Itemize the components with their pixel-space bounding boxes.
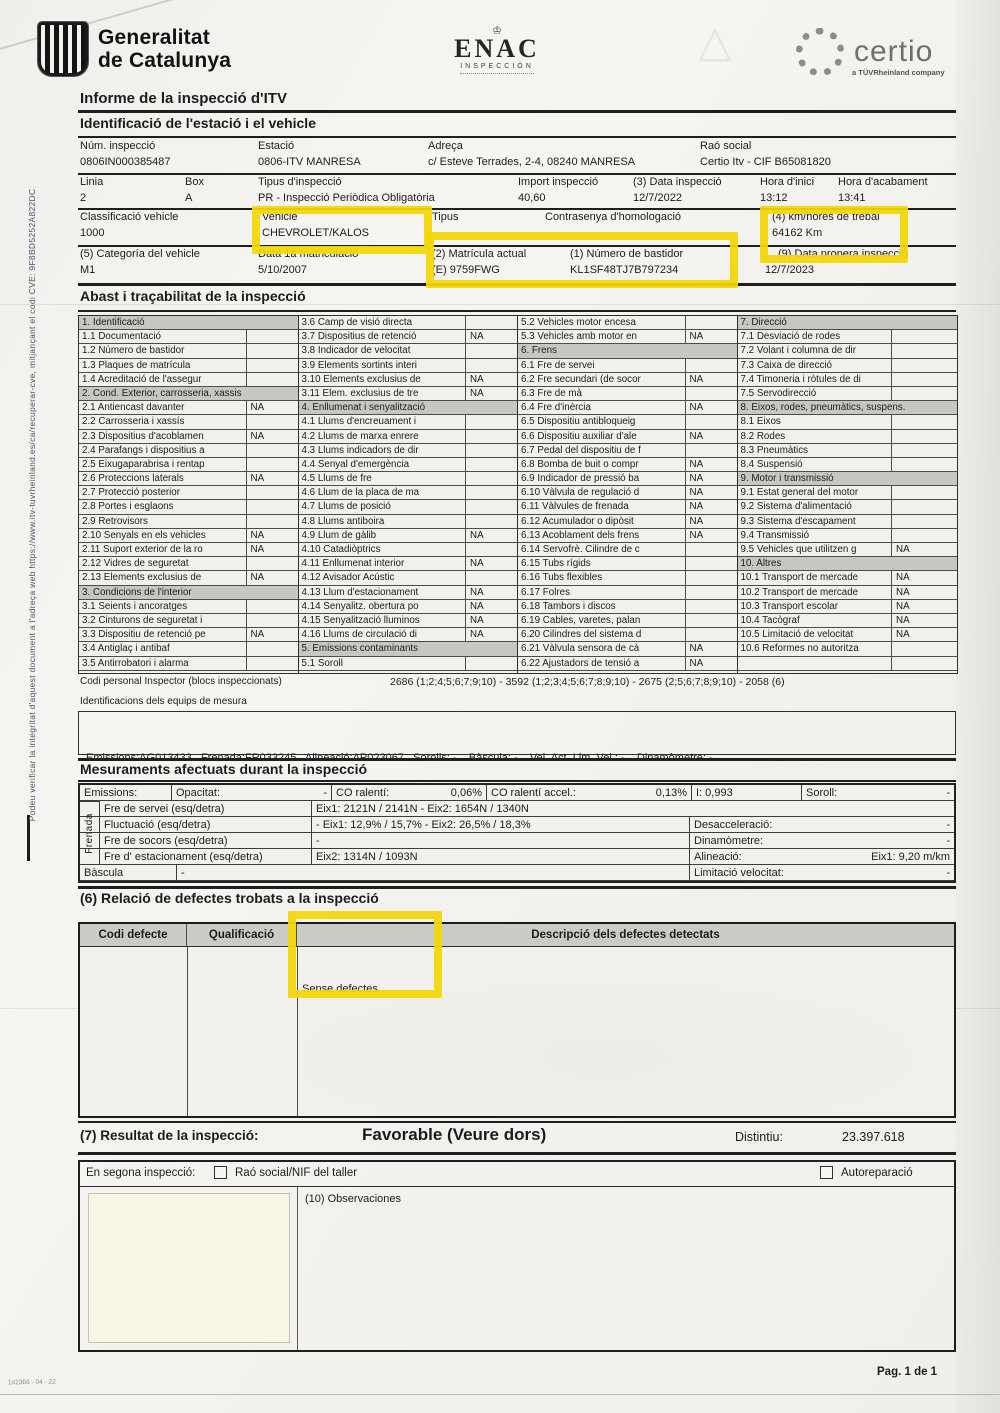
inspection-item-status: NA xyxy=(891,614,957,627)
inspection-item-status: NA xyxy=(685,458,737,471)
inspection-item-status xyxy=(891,359,957,372)
inspection-item-label: 1.4 Acreditació de l'assegur xyxy=(79,373,246,386)
inspection-item-status xyxy=(685,387,737,400)
inspection-item: 6.14 Servofrè. Cilindre de c xyxy=(518,543,737,557)
inspection-item: 8.2 Rodes xyxy=(738,430,958,444)
inspection-item: 5.2 Vehicles motor encesa xyxy=(518,316,737,330)
inspection-item-label: 6.12 Acumulador o dipòsit xyxy=(518,515,685,528)
inspection-item-status: NA xyxy=(891,628,957,641)
inspection-item-label: 6.22 Ajustadors de tensió a xyxy=(518,657,685,670)
inspection-section-header: 2. Cond. Exterior, carrosseria, xassis xyxy=(79,387,298,401)
inspection-item-status xyxy=(465,415,517,428)
inspection-item: 3.2 Cinturons de seguretat i xyxy=(79,614,298,628)
inspection-section-header: 5. Emissions contaminants xyxy=(299,642,518,656)
inspection-item-label: 2.5 Eixugaparabrisa i rentap xyxy=(79,458,246,471)
inspection-item-label: 2.11 Suport exterior de la ro xyxy=(79,543,246,556)
inspection-item: 2.4 Parafangs i dispositius a xyxy=(79,444,298,458)
inspection-item: 9.2 Sistema d'alimentació xyxy=(738,500,958,514)
inspection-item-label: 8.3 Pneumàtics xyxy=(738,444,892,457)
inspection-item-label: 6.2 Fre secundari (de socor xyxy=(518,373,685,386)
highlight-box-matricula-bastidor xyxy=(426,232,738,288)
certio-name: certio xyxy=(854,35,933,69)
inspection-item-status xyxy=(685,628,737,641)
measurement-row-fre-socors: Fre de socors (esq/detra) - Dinamòmetre:… xyxy=(80,833,954,849)
inspection-item-label: 6.17 Folres xyxy=(518,586,685,599)
inspection-item-label: 1.1 Documentació xyxy=(79,330,246,343)
inspection-item-status xyxy=(685,614,737,627)
result-label: (7) Resultat de la inspecció: xyxy=(80,1128,259,1143)
field-categoria: (5) Categoría del vehicle M1 xyxy=(80,248,200,277)
inspection-item-label: 2.13 Elements exclusius de xyxy=(79,571,246,584)
inspection-item-status: NA xyxy=(465,628,517,641)
inspection-item-label: 4.9 Llum de gàlib xyxy=(299,529,466,542)
inspection-item-status xyxy=(891,373,957,386)
enac-logo: ♔ ENAC INSPECCIÓN xyxy=(437,26,557,76)
section-heading-identificacio: Identificació de l'estació i el vehicle xyxy=(80,115,316,131)
fre-socors-value: - xyxy=(312,833,690,848)
inspection-item-status xyxy=(246,557,298,570)
segona-inspeccio-label: En segona inspecció: xyxy=(86,1167,195,1179)
inspection-item-status xyxy=(685,543,737,556)
inspection-item-status: NA xyxy=(465,614,517,627)
observations-area: (10) Observaciones xyxy=(80,1187,954,1350)
inspection-item-label: 2.3 Dispositius d'acoblamen xyxy=(79,430,246,443)
inspector-code-label: Codi personal Inspector (blocs inspeccio… xyxy=(80,676,282,687)
inspection-item-label: 5.1 Soroll xyxy=(299,657,466,670)
inspection-item: 6.20 Cilindres del sistema d xyxy=(518,628,737,642)
soroll-label: Soroll: xyxy=(806,787,837,799)
inspection-item-label: 6.10 Vàlvula de regulació d xyxy=(518,486,685,499)
inspection-item: 6.17 Folres xyxy=(518,586,737,600)
inspection-item-status xyxy=(246,657,298,670)
inspection-section-header: 10. Altres xyxy=(738,557,958,571)
opacitat-label: Opacitat: xyxy=(176,787,220,799)
inspection-item: 3.6 Camp de visió directa xyxy=(299,316,518,330)
inspection-item-label: 7.5 Servodirecció xyxy=(738,387,892,400)
inspection-item: 6.13 Acoblament dels frensNA xyxy=(518,529,737,543)
inspection-item-label: 10.6 Reformes no autoritza xyxy=(738,642,892,655)
inspection-item-status xyxy=(465,316,517,329)
inspection-item: 6.16 Tubs flexibles xyxy=(518,571,737,585)
inspection-item-status xyxy=(891,458,957,471)
distintiu-value: 23.397.618 xyxy=(842,1130,905,1144)
inspection-item-status xyxy=(891,444,957,457)
inspection-item-status: NA xyxy=(685,330,737,343)
inspection-item: 10.5 Limitació de velocitatNA xyxy=(738,628,958,642)
inspection-item-status xyxy=(891,344,957,357)
inspection-item-label: 9.4 Transmissió xyxy=(738,529,892,542)
inspection-item-status xyxy=(891,387,957,400)
inspection-item-label: 6.11 Vàlvules de frenada xyxy=(518,500,685,513)
inspection-item-label: 4.14 Senyalitz. obertura po xyxy=(299,600,466,613)
inspection-item-status xyxy=(465,430,517,443)
inspection-item: 3.5 Antirrobatori i alarma xyxy=(79,657,298,671)
inspection-section-header: 1. Identificació xyxy=(79,316,298,330)
inspection-item-status xyxy=(246,458,298,471)
inspection-item: 2.12 Vidres de seguretat xyxy=(79,557,298,571)
generalitat-logo: Generalitat de Catalunya xyxy=(38,22,231,76)
inspection-item: 4.6 Llum de la placa de ma xyxy=(299,486,518,500)
inspection-item: 2.10 Senyals en els vehiclesNA xyxy=(79,529,298,543)
result-value: Favorable (Veure dors) xyxy=(362,1125,546,1145)
inspector-code-value: 2686 (1;2;4;5;6;7;9;10) - 3592 (1;2;3;4;… xyxy=(390,676,785,688)
inspection-item-status xyxy=(891,430,957,443)
inspection-item-status: NA xyxy=(465,586,517,599)
scanned-itv-report-page: △ Generalitat de Catalunya ♔ ENAC INSPEC… xyxy=(0,0,1000,1413)
inspection-item-status: NA xyxy=(685,642,737,655)
bascula-value: - xyxy=(177,865,690,880)
inspection-item-status xyxy=(891,642,957,655)
section-heading-mesuraments: Mesuraments afectuats durant la inspecci… xyxy=(80,761,367,777)
field-num-inspeccio: Núm. inspecció 0806IN000385487 xyxy=(80,140,171,169)
field-linia: Linia 2 xyxy=(80,176,103,205)
inspection-item-status: NA xyxy=(685,657,737,670)
inspection-item-status xyxy=(891,415,957,428)
fre-estacionament-value: Eix2: 1314N / 1093N xyxy=(312,849,690,864)
inspection-item: 10.3 Transport escolarNA xyxy=(738,600,958,614)
inspection-item-status xyxy=(465,543,517,556)
inspection-item-label: 7.1 Desviació de rodes xyxy=(738,330,892,343)
inspection-item: 1.3 Plaques de matrícula xyxy=(79,359,298,373)
inspection-item-label: 4.11 Enllumenat interior xyxy=(299,557,466,570)
inspection-item: 4.14 Senyalitz. obertura poNA xyxy=(299,600,518,614)
inspection-item-label: 5.2 Vehicles motor encesa xyxy=(518,316,685,329)
inspection-item-status xyxy=(685,316,737,329)
inspection-item-status xyxy=(246,330,298,343)
inspection-item-label: 10.3 Transport escolar xyxy=(738,600,892,613)
defects-body: Sense defectes. xyxy=(80,947,954,1116)
inspection-item-label: 2.7 Protecció posterior xyxy=(79,486,246,499)
inspection-item: 3.1 Seients i ancoratges xyxy=(79,600,298,614)
inspection-item-label: 6.8 Bomba de buit o compr xyxy=(518,458,685,471)
inspection-item-status xyxy=(891,657,957,670)
inspection-item: 10.1 Transport de mercadeNA xyxy=(738,571,958,585)
field-tipus-inspeccio: Tipus d'inspecció PR - Inspecció Periòdi… xyxy=(258,176,435,205)
inspection-item: 4.16 Llums de circulació diNA xyxy=(299,628,518,642)
inspection-item-status: NA xyxy=(465,373,517,386)
emissions-label: Emissions: xyxy=(80,785,172,800)
inspection-item: 4.10 Catadiòptrics xyxy=(299,543,518,557)
inspection-item-status xyxy=(685,571,737,584)
inspection-item-status xyxy=(685,444,737,457)
inspection-column-4: 7. Direcció7.1 Desviació de rodes7.2 Vol… xyxy=(738,316,958,673)
inspection-item-label: 3.7 Dispositius de retenció xyxy=(299,330,466,343)
inspection-item-status xyxy=(246,359,298,372)
inspection-item-label: 6.15 Tubs rígids xyxy=(518,557,685,570)
inspection-item-label: 6.21 Vàlvula sensora de cà xyxy=(518,642,685,655)
inspection-item: 2.7 Protecció posterior xyxy=(79,486,298,500)
inspection-item-label: 3.11 Elem. exclusius de tre xyxy=(299,387,466,400)
divider xyxy=(78,780,956,782)
inspection-item-status: NA xyxy=(685,373,737,386)
inspection-item-label: 4.16 Llums de circulació di xyxy=(299,628,466,641)
inspection-item: 2.9 Retrovisors xyxy=(79,515,298,529)
inspection-item-label: 4.13 Llum d'estacionament xyxy=(299,586,466,599)
inspection-item-status xyxy=(891,486,957,499)
inspection-item-status xyxy=(246,373,298,386)
inspection-item-label: 2.6 Proteccions laterals xyxy=(79,472,246,485)
form-code: 142366 - 04 - 22 xyxy=(8,1379,56,1387)
limitacio-value: - xyxy=(946,867,950,879)
inspection-item: 3.8 Indicador de velocitat xyxy=(299,344,518,358)
inspection-column-3: 5.2 Vehicles motor encesa5.3 Vehicles am… xyxy=(518,316,738,673)
measurement-row-emissions: Emissions: Opacitat: - CO ralentí: 0,06%… xyxy=(80,785,954,801)
inspection-section-header: 9. Motor i transmissió xyxy=(738,472,958,486)
fre-servei-label: Fre de servei (esq/detra) xyxy=(100,801,312,816)
inspection-item-label: 4.5 Llums de fre xyxy=(299,472,466,485)
inspection-item-status: NA xyxy=(685,500,737,513)
inspection-item: 3.10 Elements exclusius deNA xyxy=(299,373,518,387)
inspection-table: 1. Identificació1.1 Documentació1.2 Núme… xyxy=(78,315,958,674)
inspection-section-header: 8. Eixos, rodes, pneumàtics, suspens. xyxy=(738,401,958,415)
inspection-item-label: 1.2 Número de bastidor xyxy=(79,344,246,357)
lambda-value: I: 0,993 xyxy=(692,785,802,800)
inspection-item-label: 7.3 Caixa de direcció xyxy=(738,359,892,372)
field-rao-social: Raó social Certio Itv - CIF B65081820 xyxy=(700,140,831,169)
inspection-item-label: 3.6 Camp de visió directa xyxy=(299,316,466,329)
inspection-item: 9.4 Transmissió xyxy=(738,529,958,543)
inspection-item-label: 3.9 Elements sortints interi xyxy=(299,359,466,372)
inspection-item-label: 9.2 Sistema d'alimentació xyxy=(738,500,892,513)
inspection-item: 7.2 Volant i columna de dir xyxy=(738,344,958,358)
inspection-item: 8.4 Suspensió xyxy=(738,458,958,472)
inspection-item-label: 10.5 Limitació de velocitat xyxy=(738,628,892,641)
scan-edge-shadow xyxy=(956,0,1000,1413)
inspection-item-label: 2.8 Portes i esglaons xyxy=(79,500,246,513)
inspection-section-header: 3. Condicions de l'interior xyxy=(79,586,298,600)
inspection-item: 4.9 Llum de gàlibNA xyxy=(299,529,518,543)
inspection-item: 5.3 Vehicles amb motor enNA xyxy=(518,330,737,344)
inspection-item-label: 2.10 Senyals en els vehicles xyxy=(79,529,246,542)
defects-header-row: Codi defecte Qualificació Descripció del… xyxy=(80,924,954,947)
inspection-item-label: 4.3 Llums indicadors de dir xyxy=(299,444,466,457)
field-contrasenya: Contrasenya d'homologació xyxy=(545,211,681,227)
certio-ring-icon xyxy=(796,28,844,76)
inspection-item-label: 3.1 Seients i ancoratges xyxy=(79,600,246,613)
inspection-item-label: 8.1 Eixos xyxy=(738,415,892,428)
enac-accreditation-number xyxy=(460,73,534,76)
field-adreca: Adreça c/ Esteve Terrades, 2-4, 08240 MA… xyxy=(428,140,635,169)
inspection-item-label: 6.19 Cables, varetes, palan xyxy=(518,614,685,627)
inspection-item-label: 10.2 Transport de mercade xyxy=(738,586,892,599)
inspection-item-status xyxy=(465,515,517,528)
inspection-item-label: 6.20 Cilindres del sistema d xyxy=(518,628,685,641)
inspection-item-label: 10.1 Transport de mercade xyxy=(738,571,892,584)
defects-table: Codi defecte Qualificació Descripció del… xyxy=(78,922,956,1118)
inspection-item: 6.15 Tubs rígids xyxy=(518,557,737,571)
inspection-item-label: 4.15 Senyalització lluminos xyxy=(299,614,466,627)
inspection-item: 6.18 Tambors i discos xyxy=(518,600,737,614)
highlight-box-vehicle xyxy=(252,206,432,254)
inspection-item-label: 6.9 Indicador de pressió ba xyxy=(518,472,685,485)
certio-logo: certio a TÜVRheinland company xyxy=(796,28,933,76)
inspection-item-label: 2.4 Parafangs i dispositius a xyxy=(79,444,246,457)
inspection-item: 7.1 Desviació de rodes xyxy=(738,330,958,344)
second-inspection-header: En segona inspecció: Raó social/NIF del … xyxy=(80,1162,954,1187)
inspection-item: 8.3 Pneumàtics xyxy=(738,444,958,458)
inspection-item-status xyxy=(465,657,517,670)
fre-socors-label: Fre de socors (esq/detra) xyxy=(100,833,312,848)
field-classificacio: Classificació vehicle 1000 xyxy=(80,211,178,240)
inspection-item-label: 8.4 Suspensió xyxy=(738,458,892,471)
inspection-item-status xyxy=(246,642,298,655)
inspection-item: 7.3 Caixa de direcció xyxy=(738,359,958,373)
observations-label: (10) Observaciones xyxy=(305,1193,401,1205)
fre-estacionament-label: Fre d' estacionament (esq/detra) xyxy=(100,849,312,864)
inspection-item: 3.4 Antiglaç i antibaf xyxy=(79,642,298,656)
inspection-item-label: 6.13 Acoblament dels frens xyxy=(518,529,685,542)
field-box: Box A xyxy=(185,176,204,205)
inspection-item-status: NA xyxy=(891,571,957,584)
second-inspection-box: En segona inspecció: Raó social/NIF del … xyxy=(78,1160,956,1352)
inspection-item-label: 2.9 Retrovisors xyxy=(79,515,246,528)
inspection-item-status xyxy=(246,486,298,499)
inspection-item-label: 6.1 Fre de servei xyxy=(518,359,685,372)
inspection-section-header: 6. Frens xyxy=(518,344,737,358)
autoreparacio-checkbox xyxy=(820,1166,833,1179)
inspection-column-2: 3.6 Camp de visió directa3.7 Dispositius… xyxy=(299,316,519,673)
inspection-item-label: 4.10 Catadiòptrics xyxy=(299,543,466,556)
inspection-item: 1.4 Acreditació de l'assegur xyxy=(79,373,298,387)
fluctuacio-label: Fluctuació (esq/detra) xyxy=(100,817,312,832)
inspection-item-status: NA xyxy=(465,387,517,400)
inspection-item: 6.7 Pedal del dispositiu de f xyxy=(518,444,737,458)
inspection-item-label: 4.2 Llums de marxa enrere xyxy=(299,430,466,443)
opacitat-value: - xyxy=(323,787,327,799)
inspection-item: 4.2 Llums de marxa enrere xyxy=(299,430,518,444)
inspection-item: 3.7 Dispositius de retencióNA xyxy=(299,330,518,344)
inspection-item: 6.10 Vàlvula de regulació dNA xyxy=(518,486,737,500)
enac-subtitle: INSPECCIÓN xyxy=(437,63,557,70)
inspection-item: 4.3 Llums indicadors de dir xyxy=(299,444,518,458)
divider xyxy=(78,310,956,312)
inspection-item-status xyxy=(246,515,298,528)
inspection-item-label: 6.7 Pedal del dispositiu de f xyxy=(518,444,685,457)
divider xyxy=(187,947,188,1116)
divider xyxy=(78,1121,956,1123)
inspection-item-label xyxy=(738,657,892,670)
inspection-item: 6.1 Fre de servei xyxy=(518,359,737,373)
inspection-item-label: 6.3 Fre de mà xyxy=(518,387,685,400)
autoreparacio-label: Autoreparació xyxy=(841,1167,913,1179)
inspection-item: 6.21 Vàlvula sensora de càNA xyxy=(518,642,737,656)
inspection-item-status xyxy=(246,500,298,513)
document-title: Informe de la inspecció d'ITV xyxy=(80,90,287,107)
inspection-item-status: NA xyxy=(246,472,298,485)
field-import: Import inspecció 40,60 xyxy=(518,176,598,205)
distintiu-label: Distintiu: xyxy=(735,1130,783,1144)
desacceleracio-value: - xyxy=(946,819,950,831)
inspection-item: 6.12 Acumulador o dipòsitNA xyxy=(518,515,737,529)
divider xyxy=(78,110,956,113)
co-accel-value: 0,13% xyxy=(656,787,687,799)
inspection-item-label: 4.4 Senyal d'emergència xyxy=(299,458,466,471)
inspection-item-label: 4.1 Llums d'encreuament i xyxy=(299,415,466,428)
inspection-item-label: 2.12 Vidres de seguretat xyxy=(79,557,246,570)
inspection-item-label: 3.5 Antirrobatori i alarma xyxy=(79,657,246,670)
inspection-item-label: 6.6 Dispositiu auxiliar d'ale xyxy=(518,430,685,443)
inspection-item-status: NA xyxy=(685,486,737,499)
co-accel-label: CO ralentí accel.: xyxy=(491,787,576,799)
inspection-item: 10.6 Reformes no autoritza xyxy=(738,642,958,656)
inspection-item-label: 10.4 Tacògraf xyxy=(738,614,892,627)
inspection-item-label: 6.14 Servofrè. Cilindre de c xyxy=(518,543,685,556)
inspection-item: 6.5 Dispositiu antibloqueig xyxy=(518,415,737,429)
inspection-item-status xyxy=(246,614,298,627)
cve-verification-text: Podeu verificar la integritat d'aquest d… xyxy=(27,160,37,850)
inspection-item-status xyxy=(465,472,517,485)
measurement-row-fluctuacio: Fluctuació (esq/detra) - Eix1: 12,9% / 1… xyxy=(80,817,954,833)
inspection-item-label: 2.1 Antiencast davanter xyxy=(79,401,246,414)
divider xyxy=(78,1152,956,1155)
field-hora-acabament: Hora d'acabament 13:41 xyxy=(838,176,928,205)
inspection-item-label: 7.4 Timoneria i ròtules de di xyxy=(738,373,892,386)
inspection-item: 2.2 Carrosseria i xassís xyxy=(79,415,298,429)
inspection-item: 4.13 Llum d'estacionamentNA xyxy=(299,586,518,600)
inspection-item-status: NA xyxy=(685,529,737,542)
inspection-item-label: 5.3 Vehicles amb motor en xyxy=(518,330,685,343)
inspection-item-status xyxy=(246,444,298,457)
inspection-item-label: 9.1 Estat general del motor xyxy=(738,486,892,499)
inspection-item-label: 7.2 Volant i columna de dir xyxy=(738,344,892,357)
inspection-item-label: 1.3 Plaques de matrícula xyxy=(79,359,246,372)
inspection-item-status: NA xyxy=(465,600,517,613)
inspection-item: 3.3 Dispositiu de retenció peNA xyxy=(79,628,298,642)
inspection-item-label: 3.2 Cinturons de seguretat i xyxy=(79,614,246,627)
inspection-item-label: 3.4 Antiglaç i antibaf xyxy=(79,642,246,655)
rao-nif-label: Raó social/NIF del taller xyxy=(235,1167,357,1179)
inspection-item: 6.9 Indicador de pressió baNA xyxy=(518,472,737,486)
inspection-item-label: 6.16 Tubs flexibles xyxy=(518,571,685,584)
inspection-item-status xyxy=(685,586,737,599)
inspection-item: 4.11 Enllumenat interiorNA xyxy=(299,557,518,571)
measurements-table: Emissions: Opacitat: - CO ralentí: 0,06%… xyxy=(78,783,956,883)
inspection-item-label: 6.18 Tambors i discos xyxy=(518,600,685,613)
inspection-item-label: 4.12 Avisador Acústic xyxy=(299,571,466,584)
inspection-item: 9.1 Estat general del motor xyxy=(738,486,958,500)
defects-col-codi: Codi defecte xyxy=(80,924,187,946)
inspection-item-label: 9.3 Sistema d'escapament xyxy=(738,515,892,528)
alineacio-value: Eix1: 9,20 m/km xyxy=(871,851,950,863)
inspection-item: 7.5 Servodirecció xyxy=(738,387,958,401)
inspection-column-1: 1. Identificació1.1 Documentació1.2 Núme… xyxy=(79,316,299,673)
inspection-item: 4.15 Senyalització lluminosNA xyxy=(299,614,518,628)
inspection-item: 9.3 Sistema d'escapament xyxy=(738,515,958,529)
inspection-item-label: 6.4 Fre d'inèrcia xyxy=(518,401,685,414)
certio-tagline: a TÜVRheinland company xyxy=(852,68,945,77)
inspection-item-label: 9.5 Vehicles que utilitzen g xyxy=(738,543,892,556)
co-ralenti-value: 0,06% xyxy=(451,787,482,799)
generalitat-shield-icon xyxy=(38,22,88,76)
inspection-item-status: NA xyxy=(246,543,298,556)
inspection-item-status: NA xyxy=(891,586,957,599)
inspection-item: 2.13 Elements exclusius deNA xyxy=(79,571,298,585)
inspection-item: 2.3 Dispositius d'acoblamenNA xyxy=(79,430,298,444)
inspection-item: 4.1 Llums d'encreuament i xyxy=(299,415,518,429)
inspection-item-status xyxy=(891,515,957,528)
section-heading-defectes: (6) Relació de defectes trobats a la ins… xyxy=(80,890,379,906)
co-ralenti-label: CO ralentí: xyxy=(336,787,389,799)
generalitat-name-line1: Generalitat xyxy=(98,26,231,49)
inspection-item-status xyxy=(891,529,957,542)
inspection-item-status xyxy=(685,600,737,613)
inspection-item: 8.1 Eixos xyxy=(738,415,958,429)
inspection-item-status xyxy=(891,500,957,513)
equips-box: Emissions:AG013433 Frenada:FR033245 Alin… xyxy=(78,711,956,755)
inspection-item: 6.22 Ajustadors de tensió aNA xyxy=(518,657,737,671)
defects-col-qualificacio: Qualificació xyxy=(187,924,297,946)
bascula-label: Bàscula xyxy=(80,865,177,880)
